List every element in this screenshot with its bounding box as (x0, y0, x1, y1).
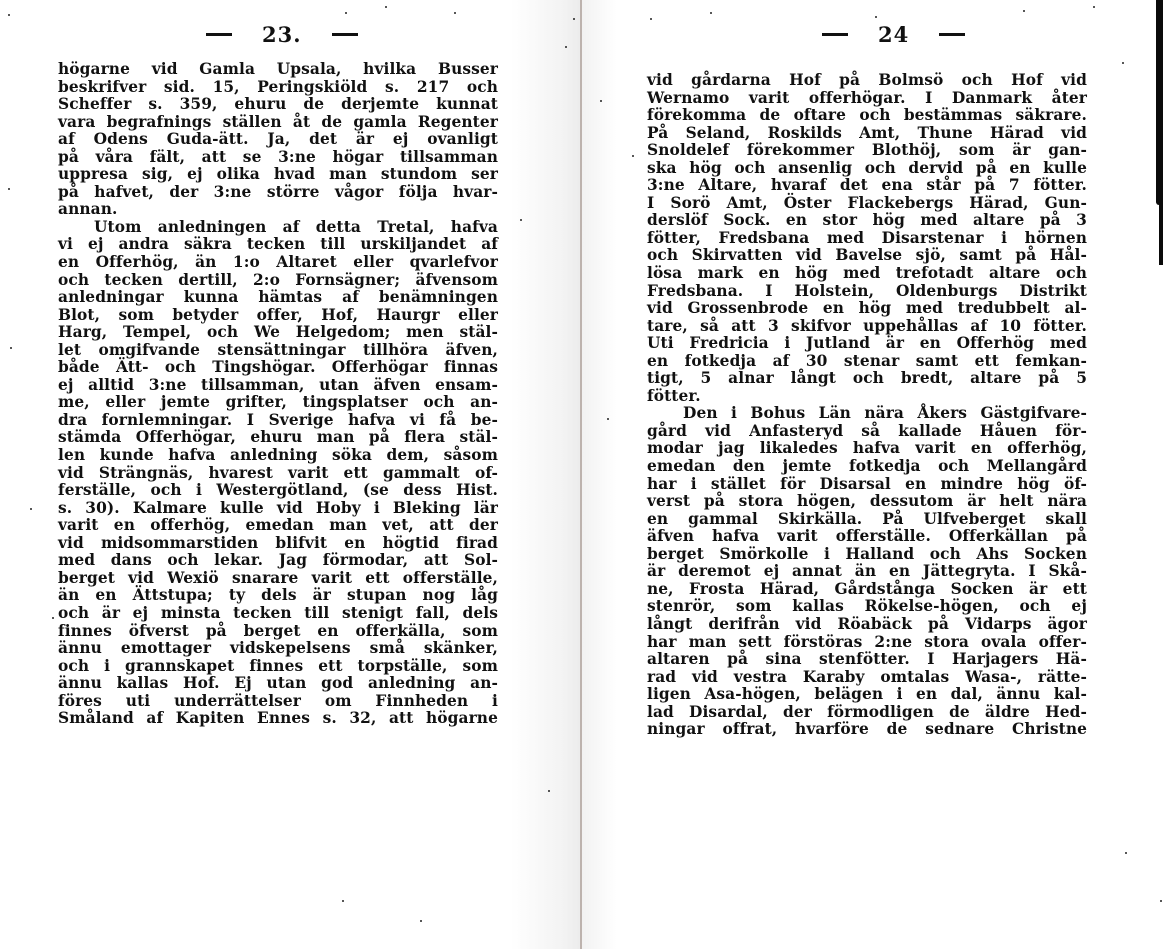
text-line: berget Smörkolle i Halland och Ahs Socke… (647, 546, 1087, 564)
text-line: altaren på sina stenfötter. I Harjagers … (647, 651, 1087, 669)
text-line: Utom anledningen af detta Tretal, hafva (58, 219, 498, 237)
text-line: på våra fält, att se 3:ne högar tillsamm… (58, 149, 498, 167)
header-dash-right (939, 33, 965, 36)
text-line: annan. (58, 201, 498, 219)
text-line: finnes öfverst på berget en offerkälla, … (58, 623, 498, 641)
text-line: modar jag likaledes hafva varit en offer… (647, 440, 1087, 458)
scan-speck (607, 418, 609, 420)
right-page-body: vid gårdarna Hof på Bolmsö och Hof vidWe… (647, 72, 1087, 739)
text-line: me, eller jemte grifter, tingsplatser oc… (58, 394, 498, 412)
text-line: len kunde hafva anledning söka dem, såso… (58, 447, 498, 465)
scan-speck (52, 617, 54, 619)
book-spread: 23. högarne vid Gamla Upsala, hvilka Bus… (0, 0, 1163, 949)
text-line: I Sorö Amt, Öster Flackebergs Härad, Gun… (647, 195, 1087, 213)
text-line: en Offerhög, än 1:o Altaret eller qvarle… (58, 254, 498, 272)
scan-speck (632, 155, 634, 157)
text-line: på hafvet, der 3:ne större vågor följa h… (58, 184, 498, 202)
scan-speck (8, 14, 10, 16)
header-dash-left (206, 33, 232, 36)
text-line: Den i Bohus Län nära Åkers Gästgifvare- (647, 405, 1087, 423)
text-line: uppresa sig, ej olika hvad man stundom s… (58, 166, 498, 184)
scan-speck (30, 508, 32, 510)
scan-speck (710, 12, 712, 14)
text-line: vid Strängnäs, hvarest varit ett gammalt… (58, 465, 498, 483)
text-line: stämda Offerhögar, ehuru man på flera st… (58, 429, 498, 447)
text-line: ännu kallas Hof. Ej utan god anledning a… (58, 675, 498, 693)
text-line: ej alltid 3:ne tillsamman, utan äfven en… (58, 377, 498, 395)
left-page-body: högarne vid Gamla Upsala, hvilka Busserb… (58, 61, 498, 728)
text-line: både Ätt- och Tingshögar. Offerhögar fin… (58, 359, 498, 377)
text-line: fötter. (647, 388, 1087, 406)
scan-edge-shadow (1156, 0, 1163, 205)
scan-speck (1122, 62, 1124, 64)
text-line: stenrör, som kallas Rökelse-högen, och e… (647, 598, 1087, 616)
text-line: och i grannskapet finnes ett torpställe,… (58, 658, 498, 676)
scan-speck (8, 188, 10, 190)
text-line: Harg, Tempel, och We Helgedom; men stäl- (58, 324, 498, 342)
text-line: är deremot ej annat än en Jättegryta. I … (647, 563, 1087, 581)
text-line: gård vid Anfasteryd så kallade Håuen för… (647, 423, 1087, 441)
text-line: Blot, som betyder offer, Hof, Haurgr ell… (58, 307, 498, 325)
text-line: beskrifver sid. 15, Peringskiöld s. 217 … (58, 79, 498, 97)
text-line: än en Ättstupa; ty dels är stupan nog lå… (58, 587, 498, 605)
left-page-header: 23. (206, 22, 358, 47)
text-line: vara begrafnings ställen åt de gamla Reg… (58, 114, 498, 132)
text-line: anledningar kunna hämtas af benämningen (58, 289, 498, 307)
scan-speck (1023, 10, 1025, 12)
text-line: ferställe, och i Westergötland, (se dess… (58, 482, 498, 500)
text-line: varit en offerhög, emedan man vet, att d… (58, 517, 498, 535)
text-line: har i stället för Disarsal en mindre hög… (647, 476, 1087, 494)
scan-speck (10, 347, 12, 349)
text-line: Fredsbana. I Holstein, Oldenburgs Distri… (647, 283, 1087, 301)
text-line: derslöf Sock. en stor hög med altare på … (647, 212, 1087, 230)
text-line: dra fornlemningar. I Sverige hafva vi få… (58, 412, 498, 430)
text-line: förekomma de oftare och bestämmas säkrar… (647, 107, 1087, 125)
text-line: s. 30). Kalmare kulle vid Hoby i Bleking… (58, 500, 498, 518)
text-line: tigt, 5 alnar långt och bredt, altare på… (647, 370, 1087, 388)
text-line: lösa mark en hög med trefotadt altare oc… (647, 265, 1087, 283)
text-line: ska hög och ansenlig och dervid på en ku… (647, 160, 1087, 178)
text-line: vi ej andra säkra tecken till urskiljand… (58, 236, 498, 254)
scan-speck (385, 6, 387, 8)
text-line: en gammal Skirkälla. På Ulfveberget skal… (647, 511, 1087, 529)
scan-speck (650, 18, 652, 20)
scan-speck (548, 790, 550, 792)
scan-speck (1125, 852, 1127, 854)
page-number: 24 (878, 22, 909, 47)
text-line: ningar offrat, hvarföre de sednare Chris… (647, 721, 1087, 739)
text-line: vid Grossenbrode en hög med tredubbelt a… (647, 300, 1087, 318)
text-line: ne, Frosta Härad, Gårdstånga Socken är e… (647, 581, 1087, 599)
text-line: Scheffer s. 359, ehuru de derjemte kunna… (58, 96, 498, 114)
text-line: berget vid Wexiö snarare varit ett offer… (58, 570, 498, 588)
scan-speck (565, 46, 567, 48)
header-dash-right (332, 33, 358, 36)
text-line: Uti Fredricia i Jutland är en Offerhög m… (647, 335, 1087, 353)
text-line: äfven hafva varit offerställe. Offerkäll… (647, 528, 1087, 546)
text-line: lad Disardal, der förmodligen de äldre H… (647, 704, 1087, 722)
text-line: föres uti underrättelser om Finnheden i (58, 693, 498, 711)
text-line: tare, så att 3 skifvor uppehållas af 10 … (647, 318, 1087, 336)
text-line: vid midsommarstiden blifvit en högtid fi… (58, 535, 498, 553)
text-line: 3:ne Altare, hvaraf det ena står på 7 fö… (647, 177, 1087, 195)
text-line: långt derifrån vid Röabäck på Vidarps äg… (647, 616, 1087, 634)
text-line: emedan den jemte fotkedja och Mellangård (647, 458, 1087, 476)
header-dash-left (822, 33, 848, 36)
text-line: vid gårdarna Hof på Bolmsö och Hof vid (647, 72, 1087, 90)
text-line: af Odens Guda-ätt. Ja, det är ej ovanlig… (58, 131, 498, 149)
scan-speck (875, 16, 877, 18)
scan-speck (1093, 6, 1095, 8)
text-line: en fotkedja af 30 stenar samt ett femkan… (647, 353, 1087, 371)
right-page-header: 24 (822, 22, 965, 47)
text-line: verst på stora högen, dessutom är helt n… (647, 493, 1087, 511)
text-line: med dans och lekar. Jag förmodar, att So… (58, 552, 498, 570)
text-line: let omgifvande stensättningar tillhöra ä… (58, 342, 498, 360)
scan-speck (573, 18, 575, 20)
text-line: Wernamo varit offerhögar. I Danmark åter (647, 90, 1087, 108)
text-line: högarne vid Gamla Upsala, hvilka Busser (58, 61, 498, 79)
text-line: och är ej minsta tecken till stenigt fal… (58, 605, 498, 623)
text-line: Snoldelef förekommer Blothöj, som är gan… (647, 142, 1087, 160)
text-line: rad vid vestra Karaby omtalas Wasa-, rät… (647, 669, 1087, 687)
text-line: Småland af Kapiten Ennes s. 32, att höga… (58, 710, 498, 728)
text-line: På Seland, Roskilds Amt, Thune Härad vid (647, 125, 1087, 143)
scan-speck (1160, 900, 1162, 902)
scan-speck (600, 100, 602, 102)
scan-speck (345, 12, 347, 14)
scan-speck (454, 12, 456, 14)
scan-speck (520, 219, 522, 221)
scan-speck (342, 900, 344, 902)
text-line: har man sett förstöras 2:ne stora ovala … (647, 634, 1087, 652)
text-line: och Skirvatten vid Bavelse sjö, samt på … (647, 247, 1087, 265)
text-line: ännu emottager vidskepelsens små skänker… (58, 640, 498, 658)
page-number: 23. (262, 22, 302, 47)
left-page: 23. högarne vid Gamla Upsala, hvilka Bus… (0, 0, 580, 949)
text-line: ligen Asa-högen, belägen i en dal, ännu … (647, 686, 1087, 704)
right-page: 24 vid gårdarna Hof på Bolmsö och Hof vi… (582, 0, 1163, 949)
scan-edge-shadow-fragment (1159, 205, 1163, 265)
scan-speck (420, 920, 422, 922)
text-line: och tecken dertill, 2:o Fornsägner; äfve… (58, 272, 498, 290)
text-line: fötter, Fredsbana med Disarstenar i hörn… (647, 230, 1087, 248)
